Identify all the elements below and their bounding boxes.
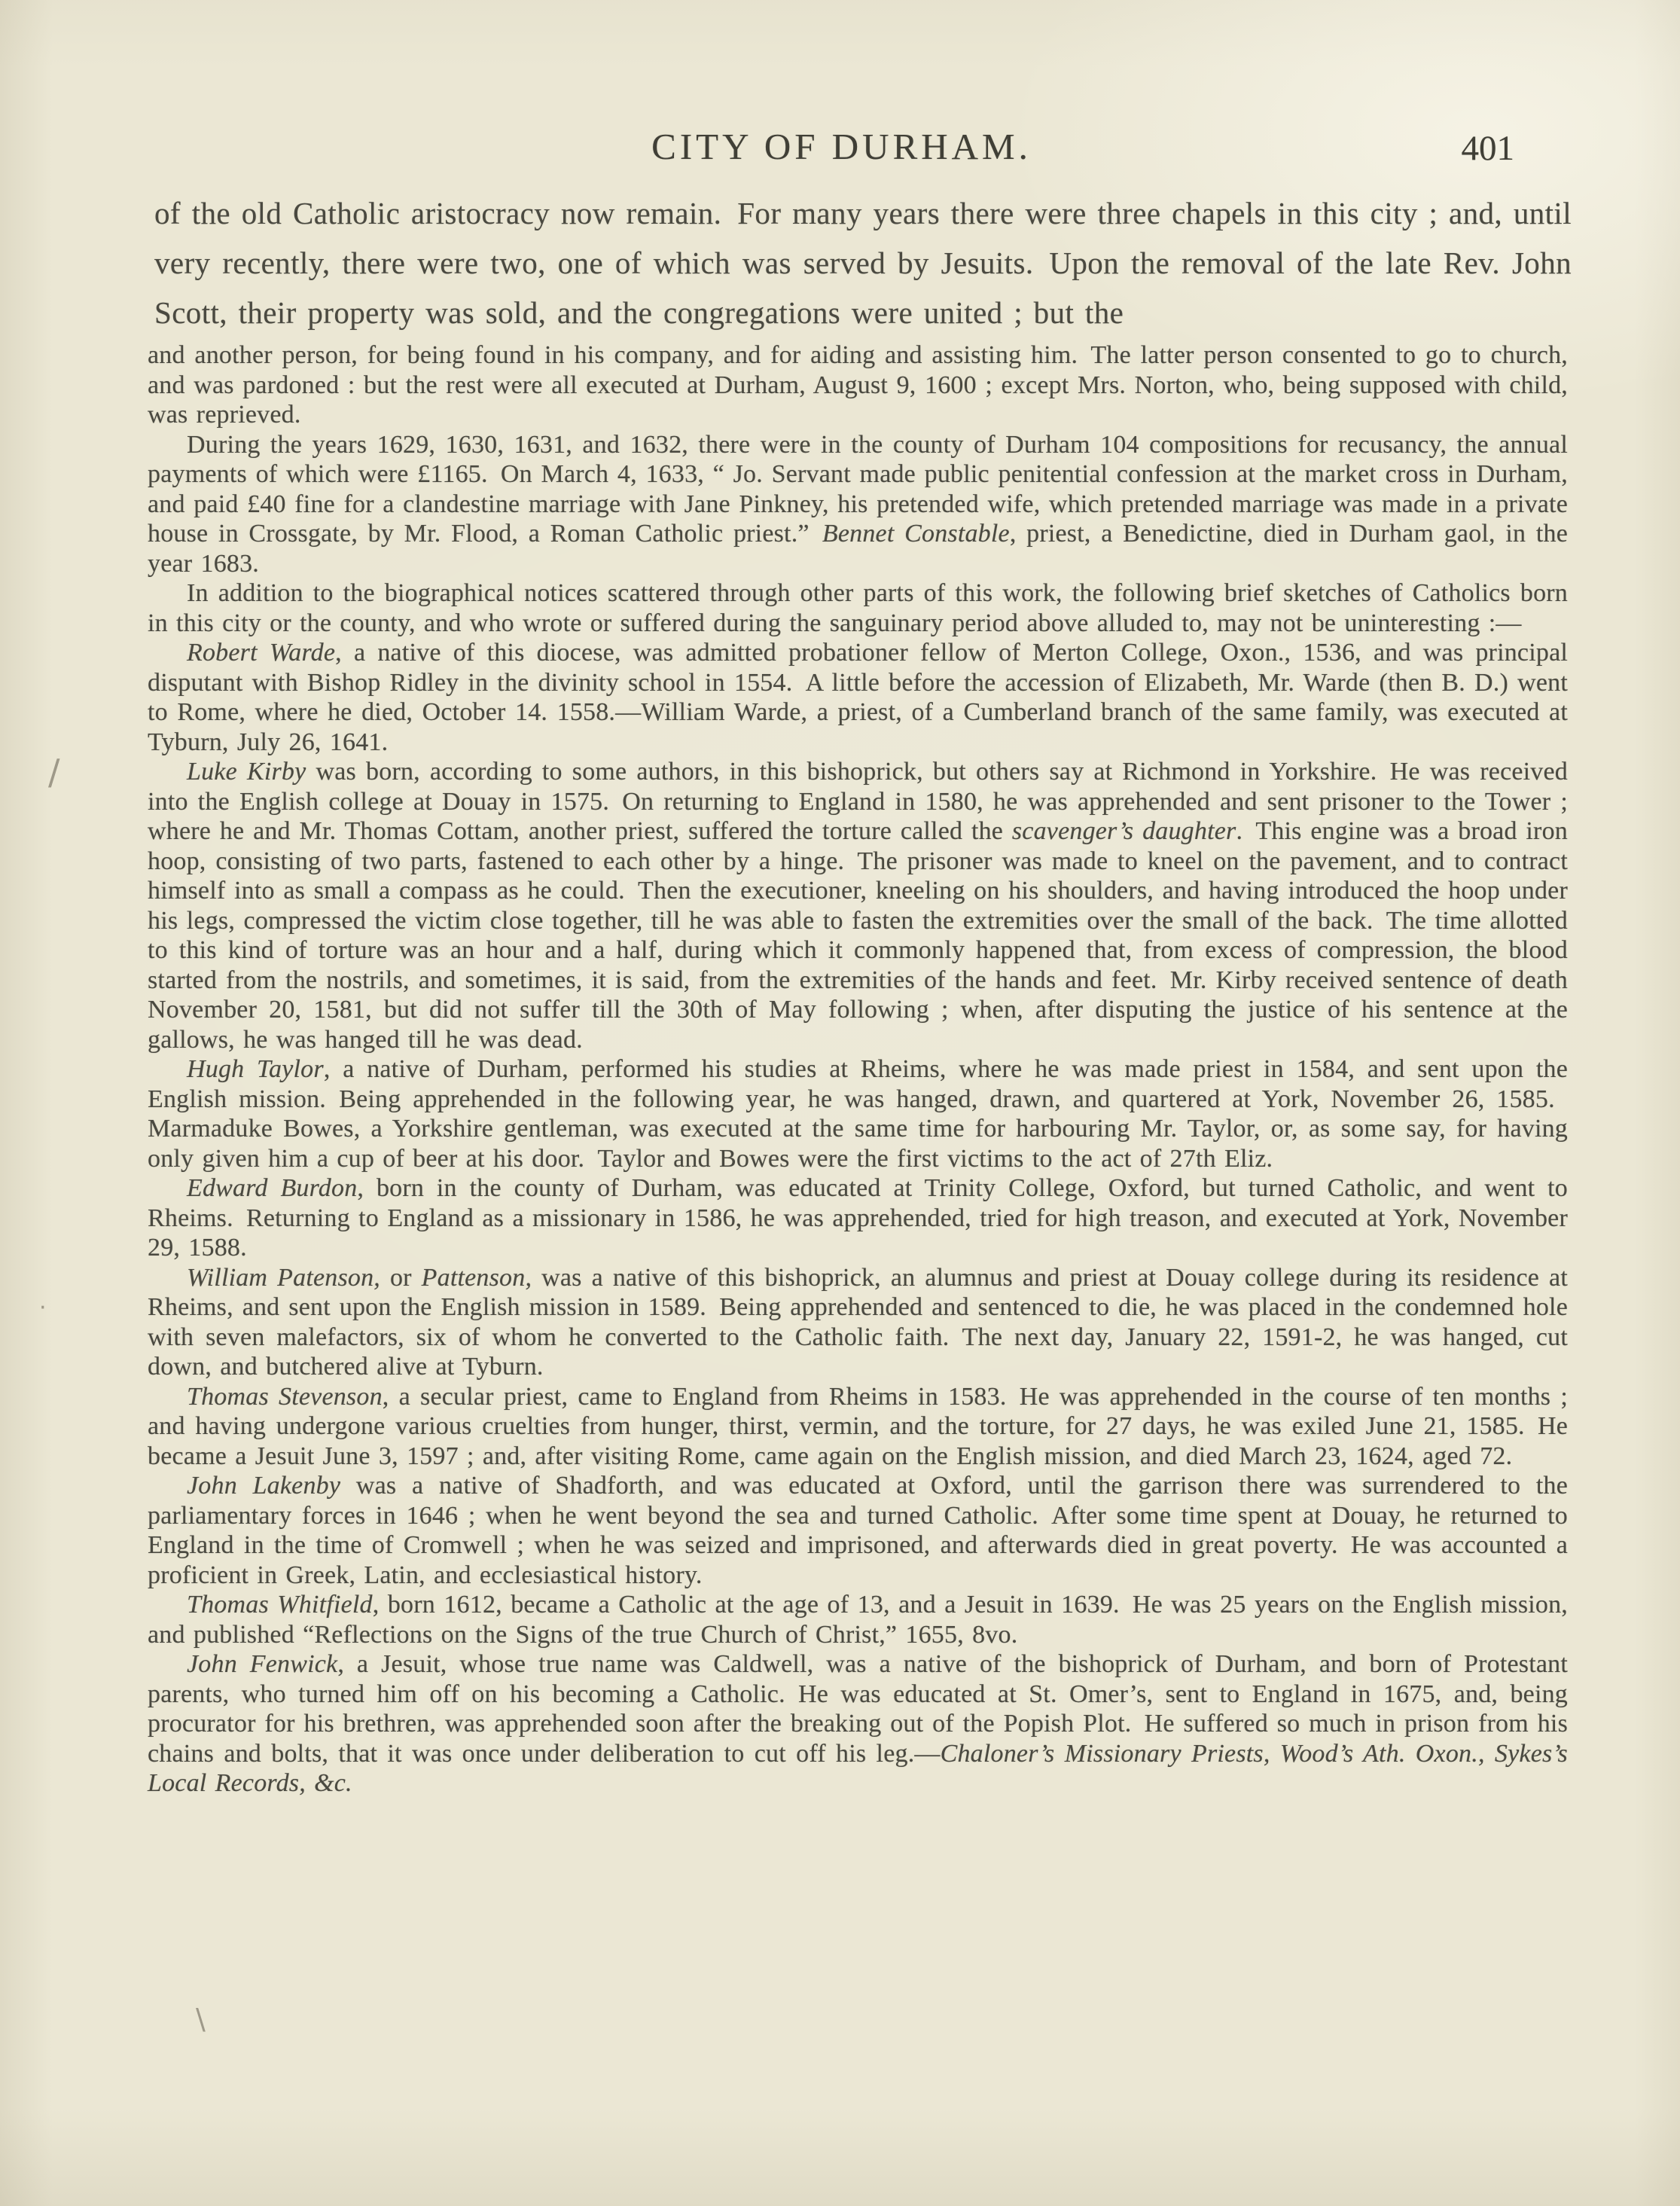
italic-text-segment: William Patenson, (187, 1264, 380, 1292)
book-page-scan: CITY OF DURHAM. 401 of the old Catholic … (0, 0, 1680, 2206)
running-title: CITY OF DURHAM. (151, 125, 1532, 168)
italic-text-segment: Hugh Taylor (187, 1055, 324, 1083)
italic-text-segment: John Fenwick (187, 1650, 337, 1678)
italic-text-segment: John Lakenby (187, 1472, 340, 1500)
body-text: and another person, for being found in h… (148, 340, 1568, 1799)
italic-text-segment: Robert Warde (187, 639, 335, 667)
text-segment: or (380, 1264, 422, 1292)
paragraph: Thomas Stevenson, a secular priest, came… (148, 1382, 1568, 1472)
italic-text-segment: Thomas Stevenson (187, 1383, 383, 1411)
paragraph: John Fenwick, a Jesuit, whose true name … (148, 1649, 1568, 1799)
paragraph: William Patenson, or Pattenson, was a na… (148, 1263, 1568, 1382)
paragraph: Edward Burdon, born in the county of Dur… (148, 1173, 1568, 1263)
intro-paragraph: of the old Catholic aristocracy now rema… (154, 188, 1572, 337)
italic-text-segment: Bennet Constable (822, 520, 1010, 548)
paragraph: During the years 1629, 1630, 1631, and 1… (148, 430, 1568, 579)
italic-text-segment: Edward Burdon (187, 1174, 357, 1202)
text-segment: and another person, for being found in h… (148, 341, 1568, 429)
italic-text-segment: scavenger’s daughter (1012, 817, 1236, 845)
text-segment: , a native of this diocese, was admitted… (148, 639, 1568, 756)
paragraph: In addition to the biographical notices … (148, 578, 1568, 638)
paragraph: Hugh Taylor, a native of Durham, perform… (148, 1054, 1568, 1173)
paragraph: Luke Kirby was born, according to some a… (148, 757, 1568, 1054)
text-segment: In addition to the biographical notices … (148, 579, 1568, 637)
text-segment: was a native of Shadforth, and was educa… (148, 1472, 1568, 1589)
paragraph: and another person, for being found in h… (148, 340, 1568, 430)
text-segment: , a native of Durham, performed his stud… (148, 1055, 1568, 1173)
paragraph: Thomas Whitfield, born 1612, became a Ca… (148, 1590, 1568, 1649)
italic-text-segment: Luke Kirby (187, 758, 306, 786)
text-segment: . This engine was a broad iron hoop, con… (148, 817, 1568, 1054)
paragraph: Robert Warde, a native of this diocese, … (148, 638, 1568, 757)
page-header: CITY OF DURHAM. 401 (151, 125, 1563, 170)
text-segment: , born in the county of Durham, was educ… (148, 1174, 1568, 1262)
pen-mark: / (48, 755, 60, 789)
page-number: 401 (1462, 128, 1515, 169)
italic-text-segment: Pattenson, (422, 1264, 532, 1292)
pen-mark: \ (196, 2005, 206, 2034)
pen-mark: · (39, 1297, 47, 1320)
paragraph: John Lakenby was a native of Shadforth, … (148, 1471, 1568, 1590)
italic-text-segment: Thomas Whitfield (187, 1591, 373, 1619)
